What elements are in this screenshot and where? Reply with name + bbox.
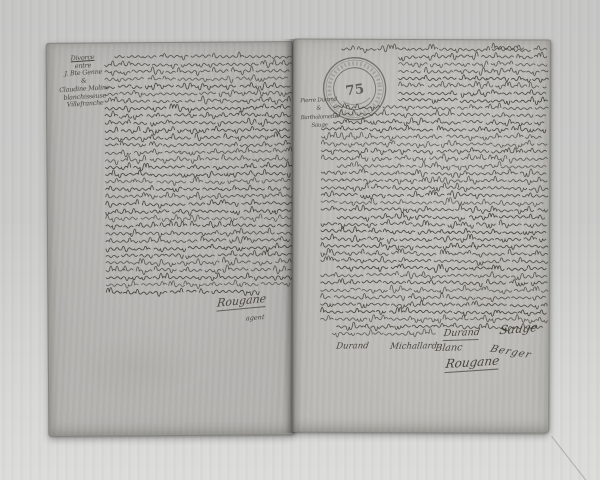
signature-michallard: Michallard	[389, 341, 437, 352]
signature-durand-2: Durand	[335, 341, 369, 351]
manuscript-right-page: 75 Pierre Durand & Bartholomette Sauge D…	[291, 38, 551, 433]
signature-durand: Durand	[443, 327, 481, 341]
signature-blanc: Blanc	[434, 342, 463, 354]
background-crease	[551, 436, 587, 480]
scanned-register-background: Divorce entre J. Bte Genne & Claudine Mo…	[0, 0, 600, 480]
margin-note-line: Bartholomette Sauge	[296, 112, 344, 131]
signature-role-agent: agent	[246, 313, 265, 322]
manuscript-left-page: Divorce entre J. Bte Genne & Claudine Mo…	[46, 41, 296, 437]
left-margin-annotation: Divorce entre J. Bte Genne & Claudine Mo…	[54, 53, 113, 110]
right-margin-annotation: Pierre Durand & Bartholomette Sauge	[295, 96, 343, 131]
